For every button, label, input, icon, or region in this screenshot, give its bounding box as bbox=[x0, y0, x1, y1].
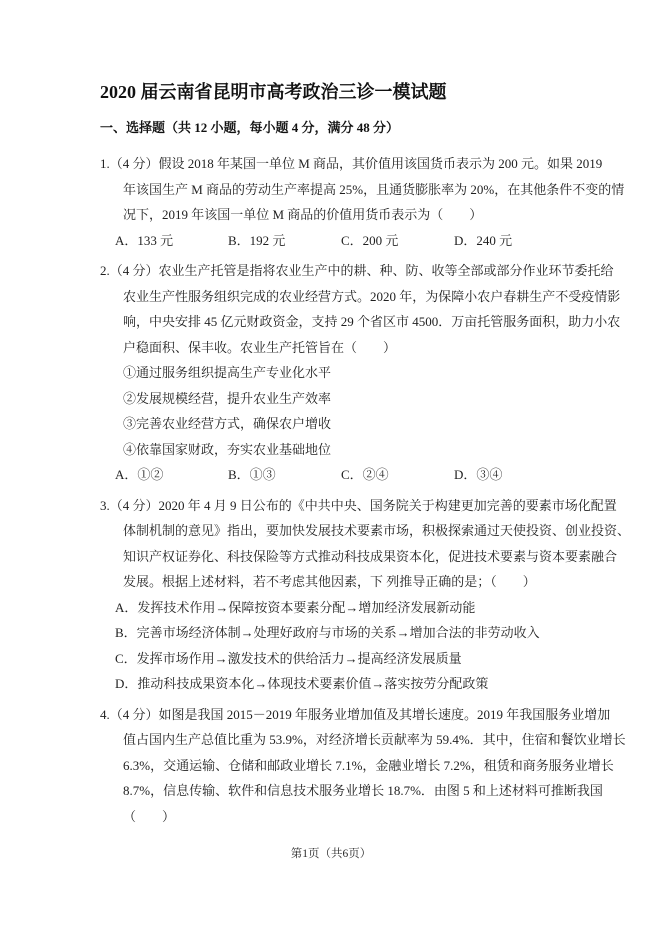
question-2: 2.（4 分）农业生产托管是指将农业生产中的耕、种、防、收等全部或部分作业环节委… bbox=[100, 258, 575, 488]
question-4-line-2: 值占国内生产总值比重为 53.9%，对经济增长贡献率为 59.4%．其中，住宿和… bbox=[123, 727, 575, 753]
question-2-option-d: D．③④ bbox=[454, 462, 502, 488]
question-2-option-b: B．①③ bbox=[228, 462, 341, 488]
question-3-line-4: 发展。根据上述材料，若不考虑其他因素，下 列推导正确的是；（ ） bbox=[123, 569, 575, 595]
question-1-option-c: C．200 元 bbox=[341, 228, 454, 254]
question-3-option-a: A．发挥技术作用→保障按资本要素分配→增加经济发展新动能 bbox=[115, 595, 575, 621]
question-2-option-a: A．①② bbox=[115, 462, 228, 488]
question-2-subitem-3: ③完善农业经营方式，确保农户增收 bbox=[123, 411, 575, 437]
question-2-subitem-4: ④依靠国家财政，夯实农业基础地位 bbox=[123, 437, 575, 463]
question-3-option-c: C．发挥市场作用→激发技术的供给活力→提高经济发展质量 bbox=[115, 646, 575, 672]
question-1-line-2: 年该国生产 M 商品的劳动生产率提高 25%，且通货膨胀率为 20%，在其他条件… bbox=[123, 177, 575, 203]
question-2-options: A．①② B．①③ C．②④ D．③④ bbox=[115, 462, 575, 488]
question-4-line-3: 6.3%，交通运输、仓储和邮政业增长 7.1%，金融业增长 7.2%，租赁和商务… bbox=[123, 753, 575, 779]
page-title: 2020 届云南省昆明市高考政治三诊一模试题 bbox=[100, 80, 575, 104]
question-3-line-3: 知识产权证券化、科技保险等方式推动科技成果资本化，促进技术要素与资本要素融合 bbox=[123, 544, 575, 570]
question-4: 4.（4 分）如图是我国 2015－2019 年服务业增加值及其增长速度。201… bbox=[100, 702, 575, 830]
question-1-line-3: 况下，2019 年该国一单位 M 商品的价值用货币表示为（ ） bbox=[123, 202, 575, 228]
question-4-line-1: 4.（4 分）如图是我国 2015－2019 年服务业增加值及其增长速度。201… bbox=[100, 702, 575, 728]
question-4-line-5: （ ） bbox=[123, 804, 575, 830]
question-2-subitem-1: ①通过服务组织提高生产专业化水平 bbox=[123, 360, 575, 386]
question-2-option-c: C．②④ bbox=[341, 462, 454, 488]
document-content: 2020 届云南省昆明市高考政治三诊一模试题 一、选择题（共 12 小题，每小题… bbox=[100, 80, 575, 834]
question-4-line-4: 8.7%，信息传输、软件和信息技术服务业增长 18.7%．由图 5 和上述材料可… bbox=[123, 778, 575, 804]
question-3-line-1: 3.（4 分）2020 年 4 月 9 日公布的《中共中央、国务院关于构建更加完… bbox=[100, 493, 575, 519]
question-3: 3.（4 分）2020 年 4 月 9 日公布的《中共中央、国务院关于构建更加完… bbox=[100, 493, 575, 697]
question-2-line-4: 户稳面积、保丰收。农业生产托管旨在（ ） bbox=[123, 335, 575, 361]
question-1: 1.（4 分）假设 2018 年某国一单位 M 商品，其价值用该国货币表示为 2… bbox=[100, 151, 575, 253]
question-1-option-b: B．192 元 bbox=[228, 228, 341, 254]
document-page: 2020 届云南省昆明市高考政治三诊一模试题 一、选择题（共 12 小题，每小题… bbox=[0, 0, 662, 936]
question-1-line-1: 1.（4 分）假设 2018 年某国一单位 M 商品，其价值用该国货币表示为 2… bbox=[100, 151, 575, 177]
question-1-option-d: D．240 元 bbox=[454, 228, 512, 254]
question-2-line-2: 农业生产性服务组织完成的农业经营方式。2020 年，为保障小农户春耕生产不受疫情… bbox=[123, 284, 575, 310]
question-3-option-b: B．完善市场经济体制→处理好政府与市场的关系→增加合法的非劳动收入 bbox=[115, 620, 575, 646]
question-3-option-d: D．推动科技成果资本化→体现技术要素价值→落实按劳分配政策 bbox=[115, 671, 575, 697]
question-2-line-3: 响，中央安排 45 亿元财政资金，支持 29 个省区市 4500．万亩托管服务面… bbox=[123, 309, 575, 335]
page-number: 第1页（共6页） bbox=[0, 846, 662, 862]
question-1-option-a: A．133 元 bbox=[115, 228, 228, 254]
question-1-options: A．133 元 B．192 元 C．200 元 D．240 元 bbox=[115, 228, 575, 254]
section-header: 一、选择题（共 12 小题，每小题 4 分，满分 48 分） bbox=[100, 118, 575, 138]
question-2-subitem-2: ②发展规模经营，提升农业生产效率 bbox=[123, 386, 575, 412]
question-2-line-1: 2.（4 分）农业生产托管是指将农业生产中的耕、种、防、收等全部或部分作业环节委… bbox=[100, 258, 575, 284]
question-3-line-2: 体制机制的意见》指出，要加快发展技术要素市场，积极探索通过天使投资、创业投资、 bbox=[123, 518, 575, 544]
